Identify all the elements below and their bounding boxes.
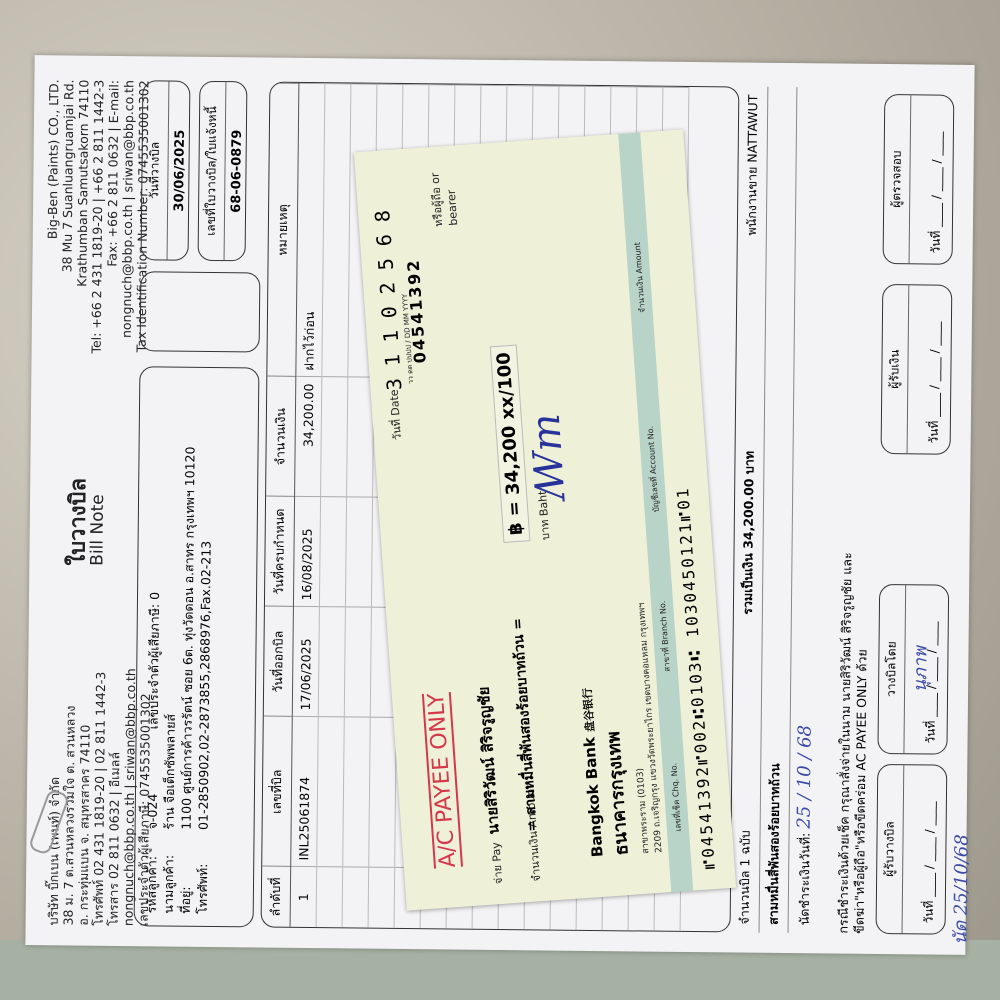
ac-payee-only-stamp: A/C PAYEE ONLY [422, 692, 463, 868]
pay-date-handwritten: 25 / 10 / 68 [794, 725, 816, 829]
bank-logo: Bangkok Bank 盘谷银行 ธนาคารกรุงเทพ [577, 685, 636, 857]
customer-code-label: รหัสลูกค้า: [143, 829, 161, 913]
bill-date-box: วันที่วางบิล 30/06/2025 [141, 80, 191, 260]
cheque-amount-words: = สามหมื่นสี่พันสองร้อยบาทถ้วน = [507, 617, 544, 832]
document-title-en: Bill Note [87, 494, 108, 566]
sig-date-line: วันที่ ____ / ____ / ____ [920, 801, 940, 923]
sig-billed-by-label: วางบิลโดย [878, 585, 906, 753]
table-cell [316, 867, 343, 927]
col-header-due-date: วันที่ครบกำหนด [265, 497, 295, 607]
bill-number-value: 68-06-0879 [225, 82, 250, 260]
table-cell: 17/06/2025 [292, 607, 319, 717]
table-cell: 1 [290, 867, 317, 927]
sig-date-line: วันที่ ____ / ____ / ____ [922, 621, 942, 743]
blank-box [140, 271, 261, 352]
payment-note: กรณีชำระเงินด้วยเช็ค กรุณาสั่งจ่ายในนาม … [836, 474, 873, 934]
customer-phone: 01-2850902,02-2873855,2868976,Fax.02-213 [195, 541, 215, 830]
company-tel-en: Tel: +66 2 431 1819-20 | +66 2 811 1442-… [89, 80, 107, 354]
payment-note-line-2: ขีดฆ่า"หรือผู้ถือ"หรือขีดคร่อม AC PAYEE … [852, 474, 873, 934]
signature-box-receiver: ผู้รับวางบิลวันที่ ____ / ____ / ____ [876, 764, 948, 935]
bill-total: รวมเป็นเงิน 34,200.00 บาท [738, 451, 760, 615]
bill-date-label: วันที่วางบิล [142, 81, 170, 259]
signature-box-payee: ผู้รับเงินวันที่ ____ / ____ / ____ [881, 284, 953, 455]
sig-date-line: วันที่ ____ / ____ / ____ [925, 321, 945, 443]
bill-count: จำนวนบิล 1 ฉบับ [735, 830, 756, 925]
col-header-amount: จำนวนเงิน [266, 377, 296, 497]
table-cell [318, 607, 345, 717]
cheque-payee: นายสิริวัฒน์ สิริจรูญชัย [472, 686, 506, 835]
or-bearer-label: หรือผู้ถือ or bearer [424, 145, 461, 227]
cheque-date-label: วันที่ Date [385, 389, 406, 441]
table-cell [369, 718, 397, 868]
table-cell: 16/08/2025 [293, 497, 320, 607]
table-cell [317, 717, 345, 867]
company-header-en: Big-Ben (Paints) CO., LTD. 38 Mu 7 Suanl… [44, 79, 152, 354]
sig-payee-label: ผู้รับเงิน [882, 285, 910, 453]
table-cell [345, 497, 372, 607]
customer-info-box: รหัสลูกค้า:จ-024เลขประจำตัวผู้เสียภาษี: … [134, 366, 260, 927]
table-cell [343, 717, 371, 867]
col-header-issue-date: วันที่ออกบิล [264, 607, 294, 717]
sig-checker-label: ผู้ตรวจสอบ [884, 95, 912, 263]
bill-number-label: เลขที่ใบวางบิล/ใบแจ้งหนี้ [199, 82, 227, 260]
table-cell [342, 867, 369, 927]
col-header-no: ลำดับที่ [262, 867, 291, 927]
signature-box-billed-by: วางบิลโดยนุภาพวันที่ ____ / ____ / ____ [877, 584, 949, 755]
table-cell [347, 377, 374, 497]
table-cell [344, 607, 371, 717]
customer-name-label: นามลูกค้า: [160, 829, 178, 913]
table-cell [319, 497, 346, 607]
handwritten-appointment-note: นัด 25/10/68 [945, 834, 975, 945]
table-cell: 34,200.00 [295, 377, 322, 497]
pay-label: จ่าย Pay [486, 842, 507, 885]
bill-date-value: 30/06/2025 [168, 82, 193, 260]
signature-box-checker: ผู้ตรวจสอบวันที่ ____ / ____ / ____ [883, 94, 955, 265]
sig-date-line: วันที่ ____ / ____ / ____ [927, 131, 947, 253]
drawer-signature: ꟿm [523, 412, 575, 501]
salesperson: พนักงานขาย NATTAWUT [742, 95, 763, 236]
bill-footer: จำนวนบิล 1 ฉบับรวมเป็นเงิน 34,200.00 บาท… [731, 86, 828, 933]
table-cell: INL25061874 [291, 717, 319, 867]
col-header-remark: หมายเหตุ [267, 83, 299, 377]
table-cell: ฝากไว้ก่อน [296, 83, 325, 377]
col-header-bill-no: เลขที่บิล [262, 717, 292, 867]
customer-address-label: ที่อยู่: [177, 830, 195, 914]
customer-name: ร้าน จือเต็กซัพพลายส์ [161, 714, 179, 830]
bill-number-box: เลขที่ใบวางบิล/ใบแจ้งหนี้ 68-06-0879 [198, 81, 248, 261]
pay-date-label: นัดชำระเงินวันที่: [797, 833, 813, 926]
table-cell [368, 868, 395, 928]
bank-name-cn: 盘谷银行 [581, 688, 597, 733]
customer-code: จ-024 [144, 729, 162, 829]
table-cell [321, 377, 348, 497]
table-cell [322, 84, 351, 378]
bank-cheque: A/C PAYEE ONLY วันที่ Date 31102568 วว ด… [354, 129, 736, 910]
sig-receiver-label: ผู้รับวางบิล [877, 765, 905, 933]
customer-phone-label: โทรศัพท์: [194, 830, 212, 914]
customer-taxid: เลขประจำตัวผู้เสียภาษี: 0 [145, 592, 163, 730]
